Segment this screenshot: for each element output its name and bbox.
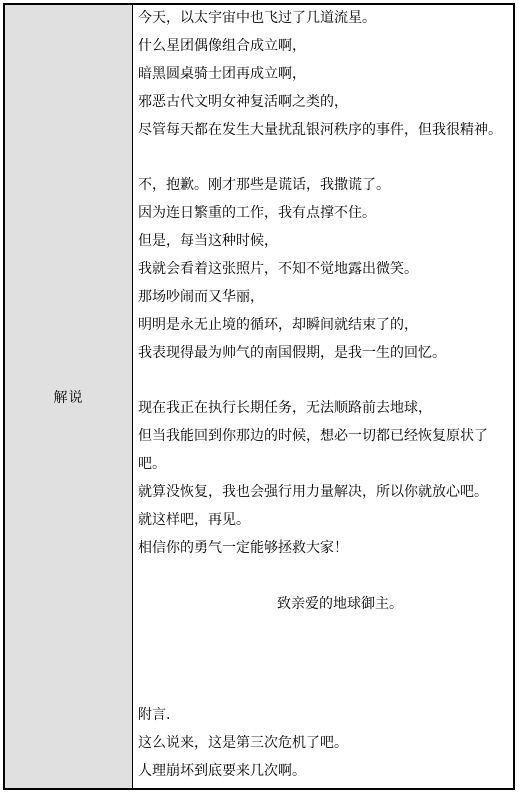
text-line: 今天，以太宇宙中也飞过了几道流星。 [138, 5, 513, 33]
text-line: 邪恶古代文明女神复活啊之类的， [138, 89, 513, 117]
narration-header-label: 解说 [54, 387, 84, 407]
text-line: 吧。 [138, 451, 513, 479]
narration-header-cell: 解说 [5, 5, 133, 788]
text-line: 就这样吧，再见。 [138, 507, 513, 535]
text-line: 明明是永无止境的循环，却瞬间就结束了的， [138, 312, 513, 340]
text-line: 尽管每天都在发生大量扰乱银河秩序的事件，但我很精神。 [138, 117, 513, 145]
text-line: 什么星团偶像组合成立啊， [138, 33, 513, 61]
text-line: 附言. [138, 702, 513, 730]
text-line: 因为连日繁重的工作，我有点撑不住。 [138, 200, 513, 228]
text-line: 我就会看着这张照片，不知不觉地露出微笑。 [138, 256, 513, 284]
text-line: 暗黑圆桌骑士团再成立啊， [138, 61, 513, 89]
blank-line [138, 144, 513, 172]
text-line: 现在我正在执行长期任务，无法顺路前去地球， [138, 395, 513, 423]
text-line: 这么说来，这是第三次危机了吧。 [138, 730, 513, 758]
dialogue-lines: 今天，以太宇宙中也飞过了几道流星。什么星团偶像组合成立啊，暗黑圆桌骑士团再成立啊… [138, 5, 513, 786]
text-line: 相信你的勇气一定能够拯救大家！ [138, 535, 513, 563]
blank-line [138, 619, 513, 647]
text-line: 但是，每当这种时候， [138, 228, 513, 256]
signature-line: 致亲爱的地球御主。 [138, 591, 513, 619]
text-line: 但当我能回到你那边的时候，想必一切都已经恢复原状了 [138, 423, 513, 451]
text-line: 人理崩坏到底要来几次啊。 [138, 758, 513, 786]
blank-line [138, 646, 513, 674]
narration-table: 解说 今天，以太宇宙中也飞过了几道流星。什么星团偶像组合成立啊，暗黑圆桌骑士团再… [3, 3, 515, 790]
text-line: 就算没恢复，我也会强行用力量解决，所以你就放心吧。 [138, 479, 513, 507]
text-line: 我表现得最为帅气的南国假期，是我一生的回忆。 [138, 340, 513, 368]
narration-content-cell: 今天，以太宇宙中也飞过了几道流星。什么星团偶像组合成立啊，暗黑圆桌骑士团再成立啊… [133, 5, 513, 788]
text-line: 那场吵闹而又华丽， [138, 284, 513, 312]
blank-line [138, 368, 513, 396]
page: 解说 今天，以太宇宙中也飞过了几道流星。什么星团偶像组合成立啊，暗黑圆桌骑士团再… [0, 0, 521, 793]
text-line: 不，抱歉。刚才那些是谎话，我撒谎了。 [138, 172, 513, 200]
blank-line [138, 563, 513, 591]
blank-line [138, 674, 513, 702]
